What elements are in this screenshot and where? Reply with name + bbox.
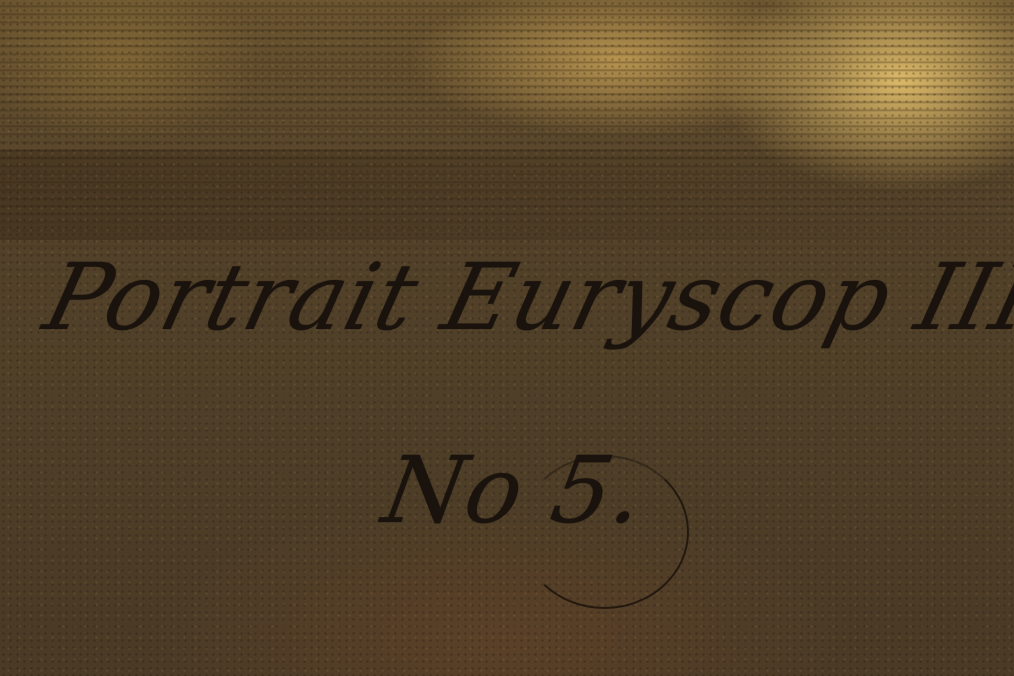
brass-plate: Portrait Euryscop III, No 5. (0, 0, 1014, 676)
inscription-line-1: Portrait Euryscop III, (37, 252, 1014, 344)
inscription-line-2: No 5. (377, 445, 651, 537)
